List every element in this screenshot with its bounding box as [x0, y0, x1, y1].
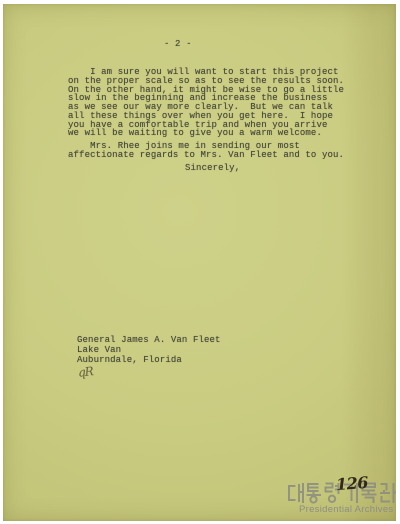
page-number: - 2 -	[164, 40, 192, 49]
recipient-address: General James A. Van Fleet Lake Van Aubu…	[77, 336, 221, 365]
letter-paragraph-1: I am sure you will want to start this pr…	[68, 68, 344, 138]
letter-paragraph-2: Mrs. Rhee joins me in sending our most a…	[68, 142, 344, 160]
letter-closing: Sincerely,	[185, 164, 240, 173]
handwritten-initials: qR	[77, 364, 93, 379]
presidential-archives-english-watermark: Presidential Archives	[299, 504, 393, 515]
scanned-letter-page: - 2 - I am sure you will want to start t…	[3, 4, 396, 521]
handwritten-page-stamp: 126	[335, 473, 368, 494]
